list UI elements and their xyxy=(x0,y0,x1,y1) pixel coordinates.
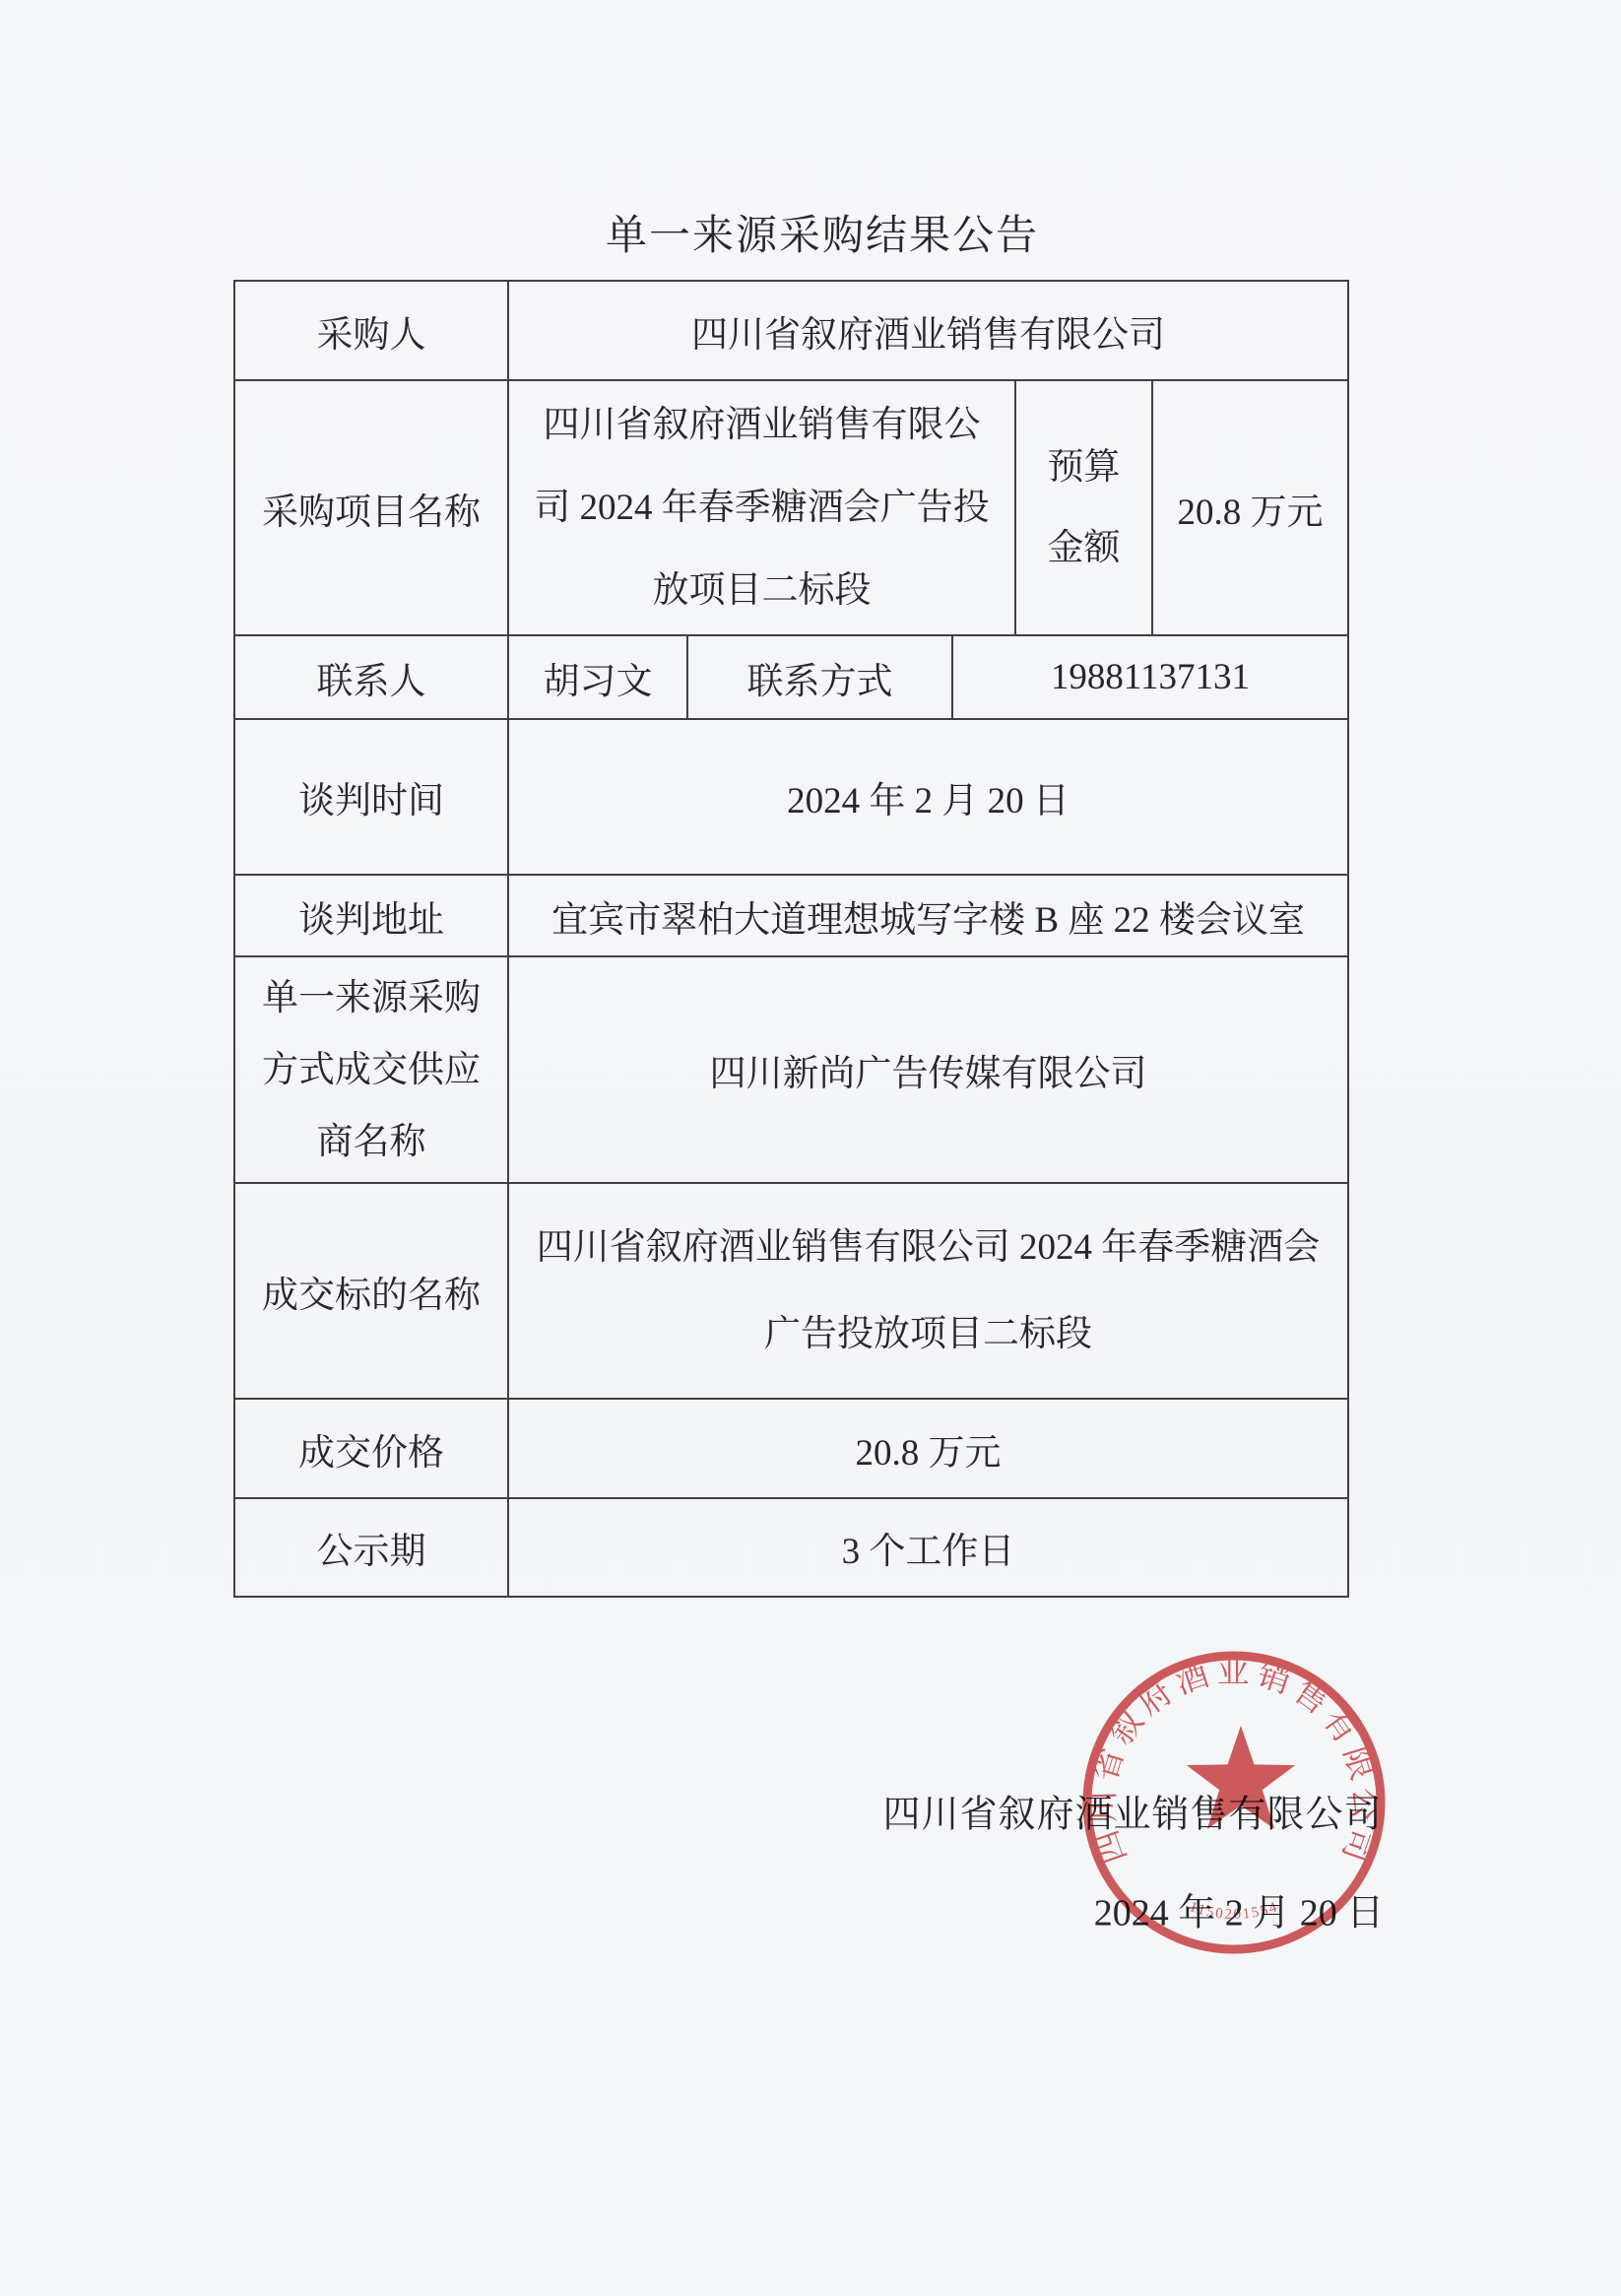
contact-method-label: 联系方式 xyxy=(686,636,951,718)
row-value: 20.8 万元 xyxy=(507,1400,1347,1497)
row-label: 采购项目名称 xyxy=(235,381,507,634)
table-row-project-name: 采购项目名称 四川省叙府酒业销售有限公 司 2024 年春季糖酒会广告投 放项目… xyxy=(235,379,1347,634)
table-row-negotiation-address: 谈判地址 宜宾市翠柏大道理想城写字楼 B 座 22 楼会议室 xyxy=(235,874,1347,955)
seal-star-icon xyxy=(1187,1726,1295,1829)
row-value: 宜宾市翠柏大道理想城写字楼 B 座 22 楼会议室 xyxy=(507,876,1347,955)
table-row-purchaser: 采购人 四川省叙府酒业销售有限公司 xyxy=(235,282,1347,379)
table-row-negotiation-time: 谈判时间 2024 年 2 月 20 日 xyxy=(235,718,1347,874)
row-label: 公示期 xyxy=(235,1499,507,1596)
budget-label: 预算 金额 xyxy=(1014,381,1151,634)
row-label: 采购人 xyxy=(235,282,507,379)
table-row-contact: 联系人 胡习文 联系方式 19881137131 xyxy=(235,634,1347,718)
row-value: 四川新尚广告传媒有限公司 xyxy=(507,957,1347,1182)
page-title: 单一来源采购结果公告 xyxy=(606,203,1039,262)
table-row-award-price: 成交价格 20.8 万元 xyxy=(235,1398,1347,1497)
contact-phone: 19881137131 xyxy=(951,636,1347,718)
table-row-award-subject: 成交标的名称 四川省叙府酒业销售有限公司 2024 年春季糖酒会 广告投放项目二… xyxy=(235,1182,1347,1398)
table-row-publicity-period: 公示期 3 个工作日 xyxy=(235,1497,1347,1596)
row-value: 3 个工作日 xyxy=(507,1499,1347,1596)
table-row-supplier: 单一来源采购 方式成交供应 商名称 四川新尚广告传媒有限公司 xyxy=(235,955,1347,1182)
row-value: 2024 年 2 月 20 日 xyxy=(507,720,1347,874)
row-value: 四川省叙府酒业销售有限公司 2024 年春季糖酒会 广告投放项目二标段 xyxy=(507,1184,1347,1398)
budget-value: 20.8 万元 xyxy=(1151,381,1347,634)
contact-name: 胡习文 xyxy=(507,636,686,718)
row-label: 成交标的名称 xyxy=(235,1184,507,1398)
row-label: 单一来源采购 方式成交供应 商名称 xyxy=(235,957,507,1182)
row-label: 成交价格 xyxy=(235,1400,507,1497)
row-label: 谈判地址 xyxy=(235,876,507,955)
row-value: 四川省叙府酒业销售有限公 司 2024 年春季糖酒会广告投 放项目二标段 xyxy=(507,381,1014,634)
procurement-result-table: 采购人 四川省叙府酒业销售有限公司 采购项目名称 四川省叙府酒业销售有限公 司 … xyxy=(233,280,1349,1598)
row-label: 谈判时间 xyxy=(235,720,507,874)
company-seal-stamp: 四川省叙府酒业销售有限公司 511502015541 xyxy=(1067,1635,1401,1970)
row-value: 四川省叙府酒业销售有限公司 xyxy=(507,282,1347,379)
row-label: 联系人 xyxy=(235,636,507,718)
